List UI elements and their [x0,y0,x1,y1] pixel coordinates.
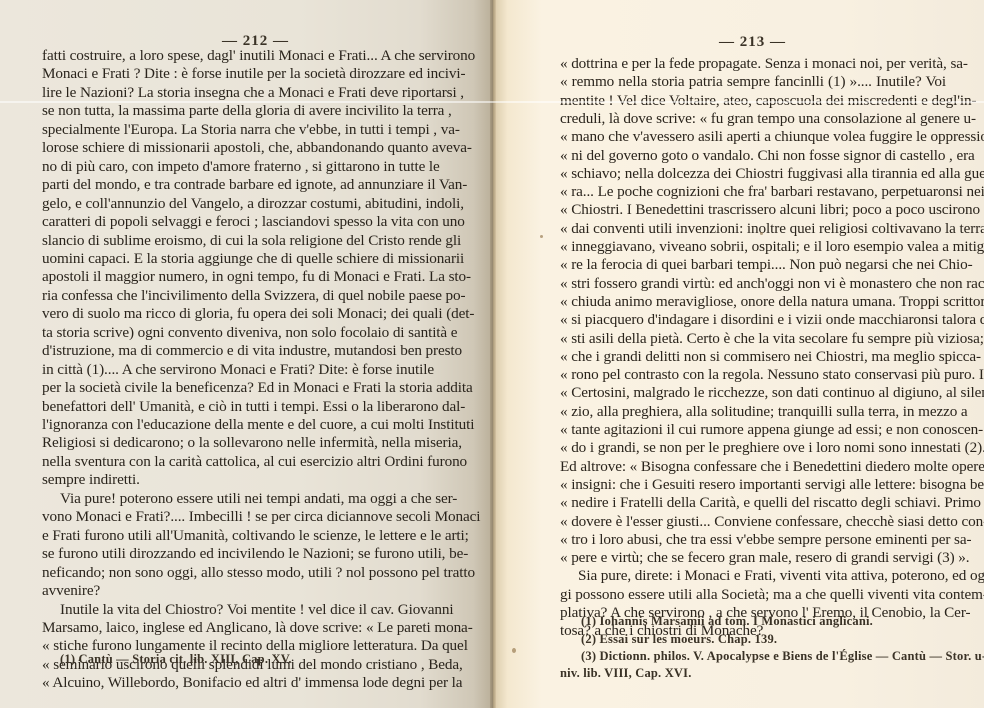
text-line: « remmo nella storia patria sempre fanci… [560,73,946,91]
text-line: se non tutta, la massima parte della glo… [42,102,415,120]
text-line: neficando; non sono oggi, allo stesso mo… [42,564,415,582]
text-line: « insigni: che i Gesuiti resero importan… [560,476,946,494]
text-line: sempre indiretti. [42,471,415,489]
page-number: — 213 — [719,34,786,51]
text-line: « re la ferocia di quei barbari tempi...… [560,256,946,274]
footnote: (2) Essai sur les moeurs. Chap. 139. [581,631,777,647]
paper-speck [540,235,543,238]
text-line: Ed altrove: « Bisogna confessare che i B… [560,458,946,476]
text-line: lire le Nazioni? La storia insegna che a… [42,84,415,102]
text-line: « do i grandi, se non per le preghiere o… [560,439,946,457]
footnote: (1) Iohannis Marsamii ad tom. I Monastic… [581,613,873,629]
text-line: « Chiostri. I Benedettini trascrissero a… [560,201,946,219]
text-line: Marsamo, laico, inglese ed Anglicano, là… [42,619,415,637]
text-line: « che i grandi delitti non si commisero … [560,348,946,366]
text-line: « sti asili della pietà. Certo è che la … [560,330,946,348]
text-line: Sia pure, direte: i Monaci e Frati, vive… [578,567,946,585]
text-line: Monaci e Frati ? Dite : è forse inutile … [42,65,415,83]
text-line: « inneggiavano, viveano sobrii, ospitali… [560,238,946,256]
text-line: gi possono essere utili alla Società; ma… [560,586,946,604]
paper-speck [512,648,516,653]
text-line: specialmente l'Europa. La Storia narra c… [42,121,415,139]
right-page: — 213 — « dottrina e per la fede propaga… [493,0,984,708]
footnote: (3) Dictionn. philos. V. Apocalypse e Bi… [581,648,984,664]
text-line: « schiavo; nella dolcezza dei Chiostri f… [560,165,946,183]
text-line: avvenire? [42,582,415,600]
text-line: « dovere è l'esser giusti... Conviene co… [560,513,946,531]
text-line: slancio di sublime eroismo, di cui la so… [42,232,415,250]
book-gutter [490,0,496,708]
text-line: gelo, e coll'annunzio del Vangelo, a dir… [42,195,415,213]
text-line: nella sventura con la carità cattolica, … [42,453,415,471]
text-line: creduli, là dove scrive: « fu gran tempo… [560,110,946,128]
text-line: « pere e virtù; che se fecero gran male,… [560,549,946,567]
text-line: in città (1).... A che servirono Monaci … [42,361,415,379]
text-line: ria confessa che l'incivilimento della S… [42,287,415,305]
text-line: no di più caro, con impeto d'amore frate… [42,158,415,176]
text-line: d'istruzione, ma di commercio e di vita … [42,342,415,360]
footnote: (1) Cantù — Storia cit. lib. XIII, Cap. … [60,651,292,667]
text-line: lorose schiere di missionarii apostoli, … [42,139,415,157]
text-line: Inutile la vita del Chiostro? Voi mentit… [60,601,415,619]
text-line: ta storia scrive) ogni convento diveniva… [42,324,415,342]
text-line: parti del mondo, e tra contrade barbare … [42,176,415,194]
text-line: « mano che v'avessero asili aperti a chi… [560,128,946,146]
text-line: « dai conventi utili invenzioni: inoltre… [560,220,946,238]
text-line: « tante agitazioni il cui rumore appena … [560,421,946,439]
text-line: « Alcuino, Willebordo, Bonifacio ed altr… [42,674,415,692]
text-line: Religiosi si dedicarono; o la sollevaron… [42,434,415,452]
text-line: caratteri di popoli selvaggi e feroci ; … [42,213,415,231]
text-line: « zio, alla preghiera, alla solitudine; … [560,403,946,421]
text-line: « chiuda animo meravigliose, onore della… [560,293,946,311]
text-line: « Certosini, malgrado le ricchezze, son … [560,384,946,402]
footnote: niv. lib. VIII, Cap. XVI. [560,665,692,681]
text-line: l'ignoranza con l'educazione della mente… [42,416,415,434]
text-line: « si piacquero d'indagare i disordini e … [560,311,946,329]
text-line: « ra... Le poche cognizioni che fra' bar… [560,183,946,201]
paper-speck [760,232,763,235]
text-line: « rono pel contrasto con la regola. Ness… [560,366,946,384]
text-line: se furono utili dirozzando ed incivilend… [42,545,415,563]
text-line: uomini capaci. E la storia aggiunge che … [42,250,415,268]
text-line: « tro i loro abusi, che tra essi v'ebbe … [560,531,946,549]
text-line: fatti costruire, a loro spese, dagl' inu… [42,47,415,65]
text-line: « nedire i Fratelli della Carità, e quel… [560,494,946,512]
scan-artifact [0,101,984,103]
text-line: vono Monaci e Frati?.... Imbecilli ! se … [42,508,415,526]
text-line: « stri fossero grandi virtù: ed anch'ogg… [560,275,946,293]
text-line: apostoli il maggior numero, in ogni temp… [42,268,415,286]
text-line: « dottrina e per la fede propagate. Senz… [560,55,946,73]
text-line: per la società civile la beneficenza? Ed… [42,379,415,397]
text-line: « ni del governo goto o vandalo. Chi non… [560,147,946,165]
text-line: e Frati furono utili all'Umanità, coltiv… [42,527,415,545]
text-line: Via pure! poterono essere utili nei temp… [60,490,415,508]
text-line: vero di suolo ma ricco di gloria, fu ope… [42,305,415,323]
text-line: benefattori dell' Umanità, e ciò in tutt… [42,398,415,416]
left-page: — 212 — fatti costruire, a loro spese, d… [0,0,493,708]
